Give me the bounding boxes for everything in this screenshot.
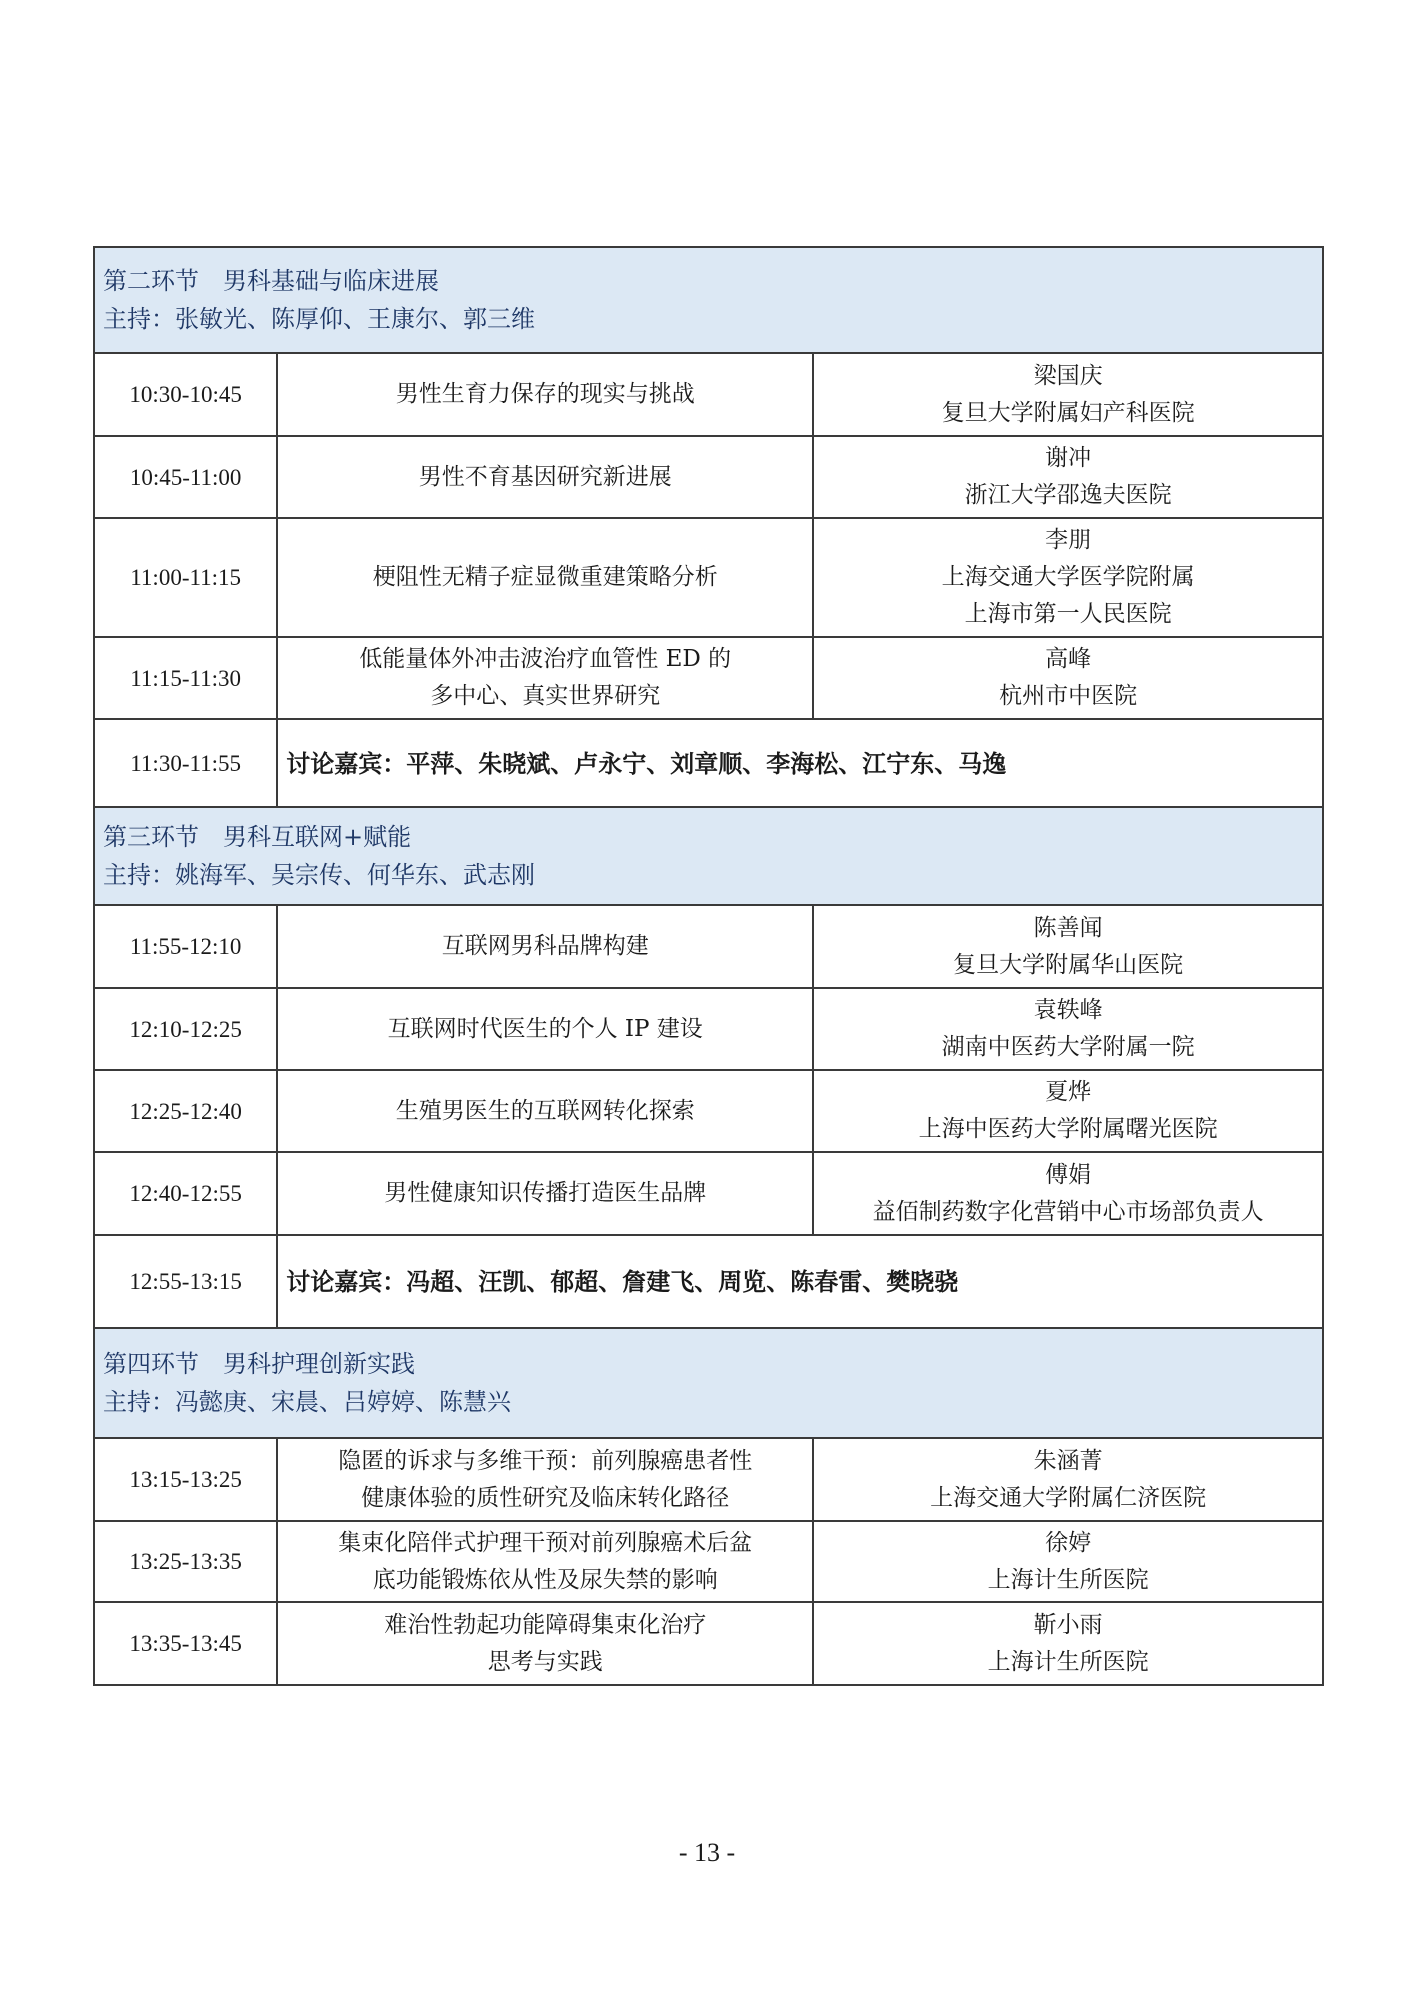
section-title: 第二环节 男科基础与临床进展	[103, 262, 1314, 300]
table-row: 13:25-13:35 集束化陪伴式护理干预对前列腺癌术后盆底功能锻炼依从性及尿…	[94, 1521, 1323, 1602]
speaker-affiliation: 上海交通大学附属仁济医院	[814, 1480, 1322, 1517]
speaker-affiliation: 上海交通大学医学院附属	[814, 559, 1322, 596]
section-header: 第四环节 男科护理创新实践 主持：冯懿庚、宋晨、吕婷婷、陈慧兴	[94, 1328, 1323, 1438]
speaker-affiliation: 浙江大学邵逸夫医院	[814, 477, 1322, 514]
talk-topic: 生殖男医生的互联网转化探索	[277, 1070, 813, 1152]
speaker-affiliation: 上海计生所医院	[814, 1644, 1322, 1681]
section-title: 第三环节 男科互联网+赋能	[103, 818, 1314, 856]
talk-topic: 男性不育基因研究新进展	[277, 436, 813, 518]
section-hosts: 主持：张敏光、陈厚仰、王康尔、郭三维	[103, 300, 1314, 338]
speaker-affiliation: 杭州市中医院	[814, 678, 1322, 715]
speaker-affiliation: 上海市第一人民医院	[814, 596, 1322, 633]
talk-topic: 集束化陪伴式护理干预对前列腺癌术后盆底功能锻炼依从性及尿失禁的影响	[277, 1521, 813, 1602]
table-row: 12:25-12:40 生殖男医生的互联网转化探索 夏烨上海中医药大学附属曙光医…	[94, 1070, 1323, 1152]
speaker-cell: 夏烨上海中医药大学附属曙光医院	[813, 1070, 1323, 1152]
speaker-affiliation: 益佰制药数字化营销中心市场部负责人	[814, 1194, 1322, 1231]
speaker-cell: 朱涵菁上海交通大学附属仁济医院	[813, 1438, 1323, 1521]
speaker-affiliation: 湖南中医药大学附属一院	[814, 1029, 1322, 1066]
speaker-cell: 谢冲浙江大学邵逸夫医院	[813, 436, 1323, 518]
talk-topic: 互联网男科品牌构建	[277, 905, 813, 988]
talk-topic: 难治性勃起功能障碍集束化治疗思考与实践	[277, 1602, 813, 1685]
time-slot: 11:55-12:10	[94, 905, 277, 988]
time-slot: 13:15-13:25	[94, 1438, 277, 1521]
table-row: 11:55-12:10 互联网男科品牌构建 陈善闻复旦大学附属华山医院	[94, 905, 1323, 988]
speaker-affiliation: 上海中医药大学附属曙光医院	[814, 1111, 1322, 1148]
speaker-cell: 李朋上海交通大学医学院附属上海市第一人民医院	[813, 518, 1323, 637]
table-row: 10:45-11:00 男性不育基因研究新进展 谢冲浙江大学邵逸夫医院	[94, 436, 1323, 518]
table-row: 12:10-12:25 互联网时代医生的个人 IP 建设 袁轶峰湖南中医药大学附…	[94, 988, 1323, 1070]
speaker-cell: 陈善闻复旦大学附属华山医院	[813, 905, 1323, 988]
speaker-name: 夏烨	[814, 1074, 1322, 1111]
speaker-name: 徐婷	[814, 1525, 1322, 1562]
talk-topic: 互联网时代医生的个人 IP 建设	[277, 988, 813, 1070]
discussion-guests: 讨论嘉宾：平萍、朱晓斌、卢永宁、刘章顺、李海松、江宁东、马逸	[277, 719, 1323, 807]
speaker-affiliation: 复旦大学附属华山医院	[814, 947, 1322, 984]
discussion-guests: 讨论嘉宾：冯超、汪凯、郁超、詹建飞、周览、陈春雷、樊晓骁	[277, 1235, 1323, 1328]
table-row: 10:30-10:45 男性生育力保存的现实与挑战 梁国庆复旦大学附属妇产科医院	[94, 353, 1323, 436]
time-slot: 11:30-11:55	[94, 719, 277, 807]
section-title: 第四环节 男科护理创新实践	[103, 1345, 1314, 1383]
time-slot: 11:00-11:15	[94, 518, 277, 637]
talk-topic: 男性健康知识传播打造医生品牌	[277, 1152, 813, 1235]
speaker-name: 靳小雨	[814, 1607, 1322, 1644]
section-hosts: 主持：姚海军、吴宗传、何华东、武志刚	[103, 856, 1314, 894]
time-slot: 10:45-11:00	[94, 436, 277, 518]
speaker-name: 陈善闻	[814, 910, 1322, 947]
talk-topic: 梗阻性无精子症显微重建策略分析	[277, 518, 813, 637]
speaker-affiliation: 复旦大学附属妇产科医院	[814, 395, 1322, 432]
table-row: 13:35-13:45 难治性勃起功能障碍集束化治疗思考与实践 靳小雨上海计生所…	[94, 1602, 1323, 1685]
discussion-row: 12:55-13:15 讨论嘉宾：冯超、汪凯、郁超、詹建飞、周览、陈春雷、樊晓骁	[94, 1235, 1323, 1328]
table-row: 12:40-12:55 男性健康知识传播打造医生品牌 傅娟益佰制药数字化营销中心…	[94, 1152, 1323, 1235]
time-slot: 13:35-13:45	[94, 1602, 277, 1685]
talk-topic: 隐匿的诉求与多维干预：前列腺癌患者性健康体验的质性研究及临床转化路径	[277, 1438, 813, 1521]
talk-topic: 男性生育力保存的现实与挑战	[277, 353, 813, 436]
speaker-cell: 梁国庆复旦大学附属妇产科医院	[813, 353, 1323, 436]
talk-topic: 低能量体外冲击波治疗血管性 ED 的多中心、真实世界研究	[277, 637, 813, 719]
time-slot: 10:30-10:45	[94, 353, 277, 436]
discussion-row: 11:30-11:55 讨论嘉宾：平萍、朱晓斌、卢永宁、刘章顺、李海松、江宁东、…	[94, 719, 1323, 807]
speaker-name: 傅娟	[814, 1157, 1322, 1194]
speaker-name: 高峰	[814, 641, 1322, 678]
speaker-name: 李朋	[814, 522, 1322, 559]
speaker-cell: 袁轶峰湖南中医药大学附属一院	[813, 988, 1323, 1070]
speaker-cell: 靳小雨上海计生所医院	[813, 1602, 1323, 1685]
time-slot: 12:10-12:25	[94, 988, 277, 1070]
speaker-name: 谢冲	[814, 440, 1322, 477]
time-slot: 12:55-13:15	[94, 1235, 277, 1328]
speaker-name: 梁国庆	[814, 358, 1322, 395]
time-slot: 11:15-11:30	[94, 637, 277, 719]
table-row: 11:00-11:15 梗阻性无精子症显微重建策略分析 李朋上海交通大学医学院附…	[94, 518, 1323, 637]
section-header: 第三环节 男科互联网+赋能 主持：姚海军、吴宗传、何华东、武志刚	[94, 807, 1323, 905]
speaker-cell: 高峰杭州市中医院	[813, 637, 1323, 719]
speaker-name: 袁轶峰	[814, 992, 1322, 1029]
speaker-affiliation: 上海计生所医院	[814, 1562, 1322, 1599]
section-hosts: 主持：冯懿庚、宋晨、吕婷婷、陈慧兴	[103, 1383, 1314, 1421]
time-slot: 12:25-12:40	[94, 1070, 277, 1152]
speaker-cell: 傅娟益佰制药数字化营销中心市场部负责人	[813, 1152, 1323, 1235]
time-slot: 13:25-13:35	[94, 1521, 277, 1602]
page-number: - 13 -	[0, 1838, 1414, 1868]
speaker-name: 朱涵菁	[814, 1443, 1322, 1480]
time-slot: 12:40-12:55	[94, 1152, 277, 1235]
table-row: 13:15-13:25 隐匿的诉求与多维干预：前列腺癌患者性健康体验的质性研究及…	[94, 1438, 1323, 1521]
section-header: 第二环节 男科基础与临床进展 主持：张敏光、陈厚仰、王康尔、郭三维	[94, 247, 1323, 353]
table-row: 11:15-11:30 低能量体外冲击波治疗血管性 ED 的多中心、真实世界研究…	[94, 637, 1323, 719]
agenda-table: 第二环节 男科基础与临床进展 主持：张敏光、陈厚仰、王康尔、郭三维 10:30-…	[93, 246, 1324, 1686]
speaker-cell: 徐婷上海计生所医院	[813, 1521, 1323, 1602]
